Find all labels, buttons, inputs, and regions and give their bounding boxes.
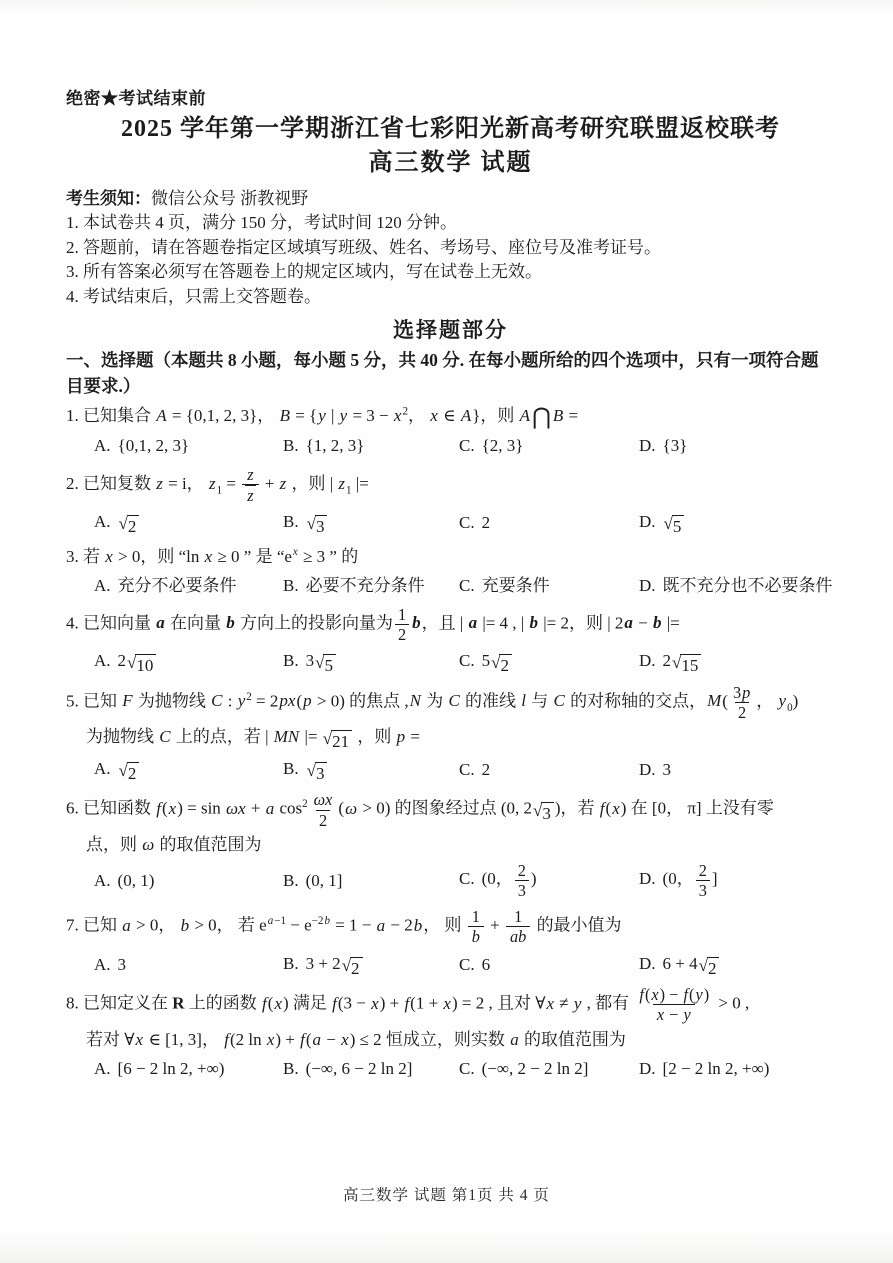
page-footer: 高三数学 试题 第1页 共 4 页	[0, 1183, 893, 1205]
question-stem: 若对 ∀x ∈ [1, 3]， f(2 ln x) + f(a − x) ≤ 2…	[66, 1027, 835, 1052]
question: 8. 已知定义在 R 上的函数 f(x) 满足 f(3 − x) + f(1 +…	[66, 985, 835, 1080]
option: B.{1, 2, 3}	[283, 433, 459, 458]
option-text: 2√10	[118, 651, 158, 670]
option-row: A.2√10B.3√5C.5√2D.2√15	[66, 648, 835, 676]
option: C.(−∞, 2 − 2 ln 2]	[459, 1056, 639, 1081]
option-text: 3	[118, 955, 127, 974]
option-label: A.	[94, 651, 111, 670]
question: 7. 已知 a > 0， b > 0， 若 ea−1 − e−2b = 1 − …	[66, 907, 835, 978]
option-label: A.	[94, 871, 111, 890]
option-text: √3	[306, 759, 329, 778]
option-text: 2	[482, 513, 491, 532]
option: D.既不充分也不必要条件	[639, 573, 835, 598]
option-text: (0，23)	[482, 869, 537, 888]
exam-title: 2025 学年第一学期浙江省七彩阳光新高考研究联盟返校联考	[66, 113, 835, 145]
option: B.√3	[283, 756, 459, 784]
option-text: 6	[482, 955, 491, 974]
option-text: (0，23]	[663, 869, 718, 888]
question: 1. 已知集合 A = {0,1, 2, 3}， B = {y | y = 3 …	[66, 403, 835, 458]
instruction-item: 3. 所有答案必须写在答题卷上的规定区域内，写在试卷上无效。	[66, 260, 835, 285]
option-text: √2	[118, 512, 141, 531]
option: C.{2, 3}	[459, 433, 639, 458]
option: C.2	[459, 757, 639, 782]
option-text: (0, 1)	[118, 871, 155, 890]
option-text: 6 + 4√2	[663, 954, 721, 973]
option: D.3	[639, 757, 835, 782]
option: D.{3}	[639, 433, 835, 458]
option: D.6 + 4√2	[639, 951, 835, 979]
option: B.3√5	[283, 648, 459, 676]
option: A.3	[94, 952, 283, 977]
option-text: {2, 3}	[482, 436, 524, 455]
option-row: A.√2B.√3C.2D.√5	[66, 509, 835, 537]
question: 5. 已知 F 为抛物线 C : y2 = 2px(p > 0) 的焦点 ,N …	[66, 683, 835, 784]
candidate-notice: 考生须知：微信公众号 浙教视野	[66, 187, 835, 211]
option-label: B.	[283, 759, 299, 778]
exam-page: 绝密★考试结束前 2025 学年第一学期浙江省七彩阳光新高考研究联盟返校联考 高…	[0, 0, 893, 1263]
question: 3. 若 x > 0，则 “ln x ≥ 0 ” 是 “ex ≥ 3 ” 的A.…	[66, 544, 835, 598]
option-label: C.	[459, 576, 475, 595]
option-text: {0,1, 2, 3}	[118, 436, 190, 455]
option: A.(0, 1)	[94, 868, 283, 893]
option-label: A.	[94, 512, 111, 531]
option-label: C.	[459, 651, 475, 670]
option: C.6	[459, 952, 639, 977]
question-stem: 7. 已知 a > 0， b > 0， 若 ea−1 − e−2b = 1 − …	[66, 907, 835, 946]
instruction-item: 1. 本试卷共 4 页，满分 150 分，考试时间 120 分钟。	[66, 211, 835, 236]
option: D.√5	[639, 509, 835, 537]
option-row: A.充分不必要条件B.必要不充分条件C.充要条件D.既不充分也不必要条件	[66, 573, 835, 598]
option-text: 必要不充分条件	[306, 576, 425, 595]
option: C.(0，23)	[459, 861, 639, 900]
question-stem: 2. 已知复数 z = i， z1 = zz + z ，则 | z1 |=	[66, 465, 835, 505]
option: B.√3	[283, 509, 459, 537]
option-text: [2 − 2 ln 2, +∞)	[663, 1059, 770, 1078]
option: A.√2	[94, 756, 283, 784]
option-label: C.	[459, 1059, 475, 1078]
option-text: (−∞, 6 − 2 ln 2]	[306, 1059, 413, 1078]
option-text: 充要条件	[482, 576, 550, 595]
option: D.(0，23]	[639, 861, 835, 900]
option-label: B.	[283, 954, 299, 973]
option: B.3 + 2√2	[283, 951, 459, 979]
security-marking: 绝密★考试结束前	[66, 84, 835, 109]
section-title: 选择题部分	[66, 315, 835, 345]
option-text: 5√2	[482, 651, 513, 670]
option: C.充要条件	[459, 573, 639, 598]
option-row: A.[6 − 2 ln 2, +∞)B.(−∞, 6 − 2 ln 2]C.(−…	[66, 1056, 835, 1081]
option-label: A.	[94, 1059, 111, 1078]
question-stem: 8. 已知定义在 R 上的函数 f(x) 满足 f(3 − x) + f(1 +…	[66, 985, 835, 1024]
question-stem: 6. 已知函数 f(x) = sin ωx + a cos2ωx2(ω > 0)…	[66, 790, 835, 829]
option-label: A.	[94, 576, 111, 595]
option-text: {1, 2, 3}	[306, 436, 365, 455]
question-stem: 点，则 ω 的取值范围为	[66, 832, 835, 857]
option-label: D.	[639, 954, 656, 973]
option-text: √3	[306, 512, 329, 531]
option-label: B.	[283, 871, 299, 890]
option-label: D.	[639, 576, 656, 595]
option-row: A.3B.3 + 2√2C.6D.6 + 4√2	[66, 951, 835, 979]
option-text: 2	[482, 760, 491, 779]
option-label: B.	[283, 512, 299, 531]
question: 2. 已知复数 z = i， z1 = zz + z ，则 | z1 |=A.√…	[66, 465, 835, 537]
option: D.[2 − 2 ln 2, +∞)	[639, 1056, 835, 1081]
option: C.5√2	[459, 648, 639, 676]
notice-label: 考生须知：	[66, 189, 151, 208]
option-label: B.	[283, 1059, 299, 1078]
option-text: √2	[118, 759, 141, 778]
option-label: A.	[94, 759, 111, 778]
option: A.[6 − 2 ln 2, +∞)	[94, 1056, 283, 1081]
question-list: 1. 已知集合 A = {0,1, 2, 3}， B = {y | y = 3 …	[66, 403, 835, 1081]
option-label: D.	[639, 1059, 656, 1078]
option-label: C.	[459, 436, 475, 455]
option: A.{0,1, 2, 3}	[94, 433, 283, 458]
instruction-item: 4. 考试结束后，只需上交答题卷。	[66, 285, 835, 310]
option: C.2	[459, 510, 639, 535]
option-label: C.	[459, 869, 475, 888]
question-stem: 3. 若 x > 0，则 “ln x ≥ 0 ” 是 “ex ≥ 3 ” 的	[66, 544, 835, 569]
option: B.必要不充分条件	[283, 573, 459, 598]
option-label: D.	[639, 512, 656, 531]
notice-text: 微信公众号 浙教视野	[151, 189, 308, 208]
option: A.√2	[94, 509, 283, 537]
option: D.2√15	[639, 648, 835, 676]
option-text: 3√5	[306, 651, 337, 670]
instruction-item: 2. 答题前，请在答题卷指定区域填写班级、姓名、考场号、座位号及准考证号。	[66, 236, 835, 261]
option-label: B.	[283, 576, 299, 595]
option-label: D.	[639, 760, 656, 779]
option-label: D.	[639, 436, 656, 455]
option-text: 充分不必要条件	[118, 576, 237, 595]
option-label: B.	[283, 436, 299, 455]
option: A.充分不必要条件	[94, 573, 283, 598]
option-label: C.	[459, 955, 475, 974]
option-label: D.	[639, 869, 656, 888]
option-text: [6 − 2 ln 2, +∞)	[118, 1059, 225, 1078]
instruction-list: 1. 本试卷共 4 页，满分 150 分，考试时间 120 分钟。2. 答题前，…	[66, 211, 835, 309]
question-stem: 4. 已知向量 a 在向量 b 方向上的投影向量为12b，且 | a |= 4 …	[66, 605, 835, 644]
option: A.2√10	[94, 648, 283, 676]
question-stem: 为抛物线 C 上的点，若 | MN |= √21 ，则 p =	[66, 724, 835, 752]
option: B.(0, 1]	[283, 868, 459, 893]
option-row: A.(0, 1)B.(0, 1]C.(0，23)D.(0，23]	[66, 861, 835, 900]
option-label: A.	[94, 436, 111, 455]
option-label: D.	[639, 651, 656, 670]
option-row: A.{0,1, 2, 3}B.{1, 2, 3}C.{2, 3}D.{3}	[66, 433, 835, 458]
question: 4. 已知向量 a 在向量 b 方向上的投影向量为12b，且 | a |= 4 …	[66, 605, 835, 676]
option-label: C.	[459, 760, 475, 779]
question-stem: 1. 已知集合 A = {0,1, 2, 3}， B = {y | y = 3 …	[66, 403, 835, 429]
section-intro: 一、选择题（本题共 8 小题，每小题 5 分，共 40 分. 在每小题所给的四个…	[66, 347, 835, 399]
option-text: √5	[663, 512, 686, 531]
option-text: {3}	[663, 436, 688, 455]
option-label: A.	[94, 955, 111, 974]
option-text: 既不充分也不必要条件	[663, 576, 833, 595]
option-text: 2√15	[663, 651, 703, 670]
option-text: (−∞, 2 − 2 ln 2]	[482, 1059, 589, 1078]
option-label: B.	[283, 651, 299, 670]
option-text: 3 + 2√2	[306, 954, 364, 973]
option-label: C.	[459, 513, 475, 532]
option-row: A.√2B.√3C.2D.3	[66, 756, 835, 784]
option-text: (0, 1]	[306, 871, 343, 890]
exam-subtitle: 高三数学 试题	[66, 147, 835, 179]
option: B.(−∞, 6 − 2 ln 2]	[283, 1056, 459, 1081]
question: 6. 已知函数 f(x) = sin ωx + a cos2ωx2(ω > 0)…	[66, 790, 835, 900]
question-stem: 5. 已知 F 为抛物线 C : y2 = 2px(p > 0) 的焦点 ,N …	[66, 683, 835, 722]
option-text: 3	[663, 760, 672, 779]
